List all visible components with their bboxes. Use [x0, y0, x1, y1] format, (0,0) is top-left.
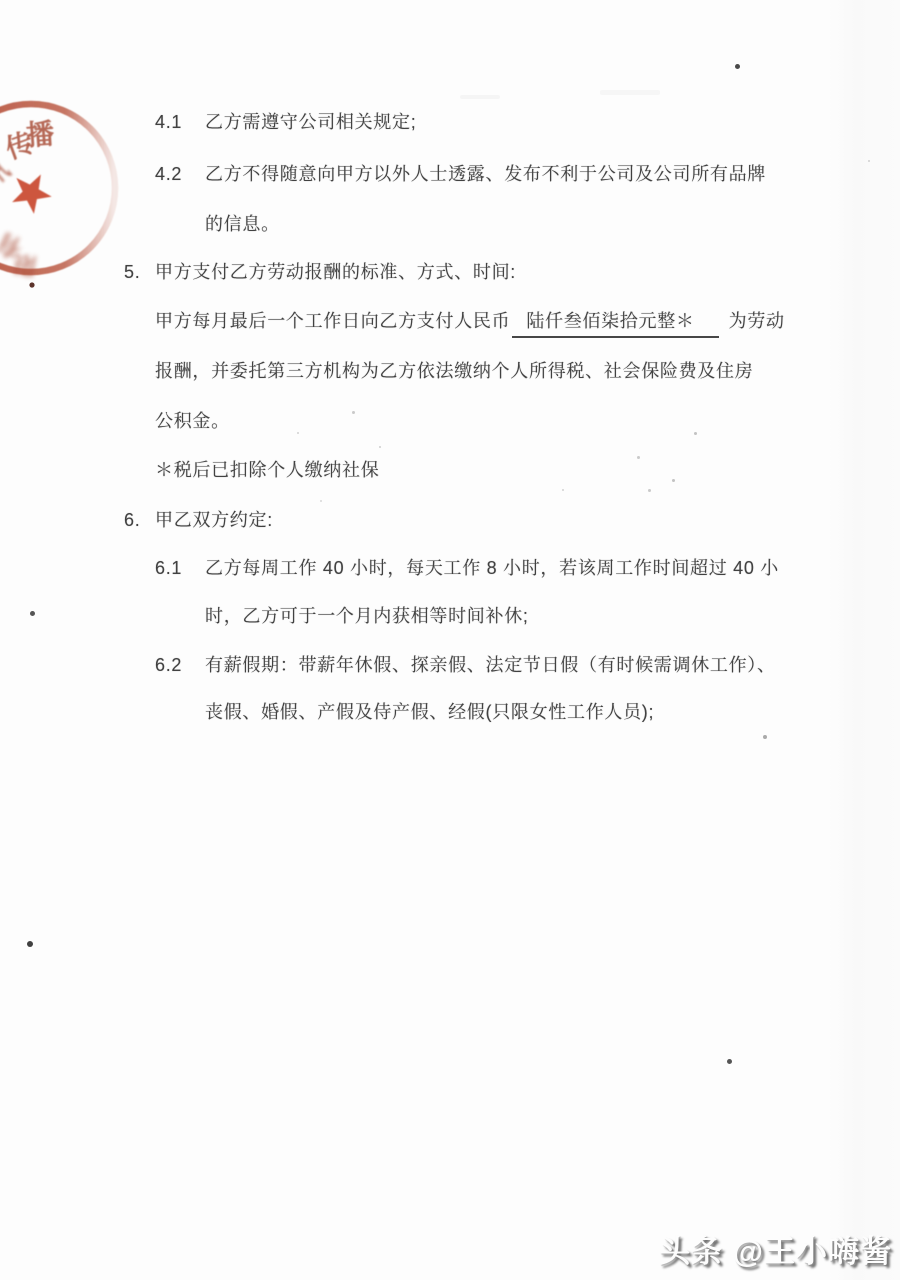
clause-number: 5. — [124, 262, 155, 283]
clause-text: 甲乙双方约定: — [155, 510, 273, 530]
clause-number: 6. — [124, 510, 155, 531]
clause-6-2: 6.2有薪假期：带薪年休假、探亲假、法定节日假（有时候需调休工作）、 — [155, 651, 776, 677]
salary-amount-underlined: 陆仟叁佰柒拾元整＊ — [512, 307, 718, 338]
scan-speck — [648, 489, 651, 492]
seal-star-icon — [11, 170, 55, 216]
clause-text: 的信息。 — [205, 214, 280, 234]
clause-4-2: 4.2乙方不得随意向甲方以外人士透露、发布不利于公司及公司所有品牌 — [155, 160, 766, 186]
clause-text: 乙方每周工作 40 小时，每天工作 8 小时，若该周工作时间超过 40 小 — [205, 558, 779, 578]
clause-text: ＊税后已扣除个人缴纳社保 — [155, 460, 379, 480]
scan-speck — [352, 411, 355, 414]
scanned-contract-page: 传 播 讯 有 限 4.1乙方需遵守公司相关规定; 4.2乙方不得随意向甲方以外… — [0, 0, 900, 1280]
clause-text: 乙方不得随意向甲方以外人士透露、发布不利于公司及公司所有品牌 — [205, 164, 766, 184]
clause-5-continuation: 报酬，并委托第三方机构为乙方依法缴纳个人所得税、社会保险费及住房 — [155, 357, 753, 383]
clause-text: 时，乙方可于一个月内获相等时间补休; — [205, 606, 529, 626]
clause-text: 有薪假期：带薪年休假、探亲假、法定节日假（有时候需调休工作）、 — [205, 655, 776, 675]
clause-5-continuation: 公积金。 — [155, 407, 230, 433]
salary-line-pre: 甲方每月最后一个工作日向乙方支付人民币 — [155, 311, 510, 331]
scan-speck — [27, 941, 33, 947]
scan-speck — [379, 446, 381, 448]
clause-text: 甲方支付乙方劳动报酬的标准、方式、时间: — [155, 262, 516, 282]
clause-5-heading: 5.甲方支付乙方劳动报酬的标准、方式、时间: — [124, 258, 516, 284]
scan-speck — [672, 479, 675, 482]
clause-number: 4.1 — [155, 112, 205, 133]
clause-number: 4.2 — [155, 164, 205, 185]
toutiao-watermark: 头条 @王小嗨酱 — [659, 1226, 892, 1271]
clause-text: 丧假、婚假、产假及侍产假、经假(只限女性工作人员); — [205, 702, 654, 722]
scan-speck — [460, 95, 500, 99]
scan-speck — [600, 90, 660, 95]
scan-speck — [868, 160, 870, 162]
clause-4-2-continuation: 的信息。 — [205, 210, 280, 236]
clause-5-salary-line: 甲方每月最后一个工作日向乙方支付人民币陆仟叁佰柒拾元整＊为劳动 — [155, 307, 785, 338]
seal-blur-char-2: 限 — [11, 250, 38, 280]
scan-speck — [562, 489, 564, 491]
clause-number: 6.2 — [155, 655, 205, 676]
clause-text: 报酬，并委托第三方机构为乙方依法缴纳个人所得税、社会保险费及住房 — [155, 361, 753, 381]
clause-4-1: 4.1乙方需遵守公司相关规定; — [155, 108, 416, 134]
clause-number: 6.1 — [155, 558, 205, 579]
scan-speck — [727, 1059, 732, 1064]
seal-ink-dot — [29, 282, 34, 287]
clause-6-1: 6.1乙方每周工作 40 小时，每天工作 8 小时，若该周工作时间超过 40 小 — [155, 554, 779, 580]
clause-6-2-continuation: 丧假、婚假、产假及侍产假、经假(只限女性工作人员); — [205, 698, 654, 724]
salary-line-post: 为劳动 — [729, 311, 785, 331]
scan-speck — [297, 432, 299, 434]
scan-speck — [30, 611, 35, 616]
scan-speck — [763, 735, 767, 739]
scan-speck — [694, 432, 697, 435]
clause-text: 乙方需遵守公司相关规定; — [205, 112, 416, 132]
seal-arc-char-2: 播 — [25, 118, 55, 151]
scan-speck — [735, 64, 740, 69]
scan-speck — [320, 500, 322, 502]
clause-6-heading: 6.甲乙双方约定: — [124, 506, 273, 532]
clause-5-footnote: ＊税后已扣除个人缴纳社保 — [155, 456, 379, 482]
clause-text: 公积金。 — [155, 411, 230, 431]
scan-speck — [637, 456, 640, 459]
red-company-seal-stamp: 传 播 讯 有 限 — [0, 88, 120, 306]
clause-6-1-continuation: 时，乙方可于一个月内获相等时间补休; — [205, 602, 529, 628]
